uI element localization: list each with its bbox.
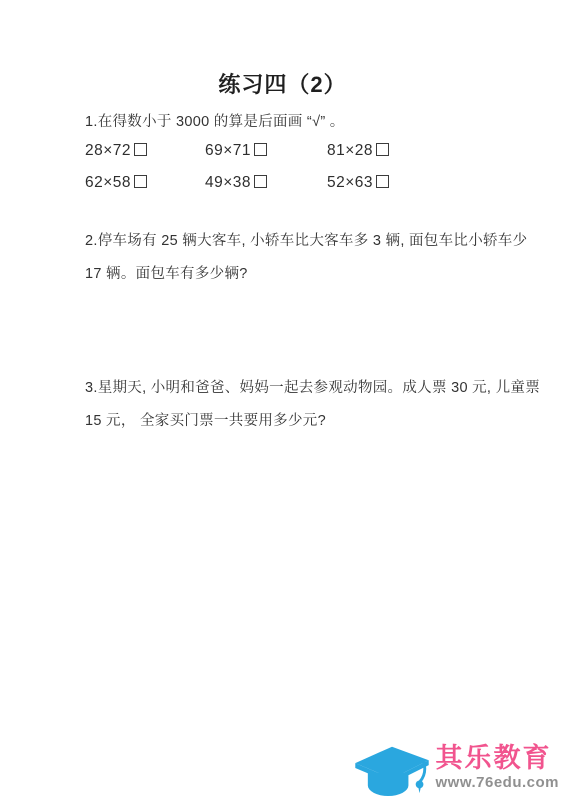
worksheet-page: 练习四（2） 1.在得数小于 3000 的算是后面画 “√” 。 28×72 6… bbox=[0, 0, 565, 800]
answer-box bbox=[376, 175, 389, 188]
problem-item: 52×63 bbox=[327, 174, 389, 192]
question-2-line2: 17 辆。面包车有多少辆? bbox=[85, 262, 248, 283]
problem-item: 69×71 bbox=[205, 142, 267, 160]
graduation-cap-icon bbox=[354, 738, 430, 796]
problem-item: 62×58 bbox=[85, 174, 147, 192]
problem-expression: 69×71 bbox=[205, 142, 251, 159]
logo-text-block: 其乐教育 www.76edu.com bbox=[436, 745, 559, 790]
logo-url: www.76edu.com bbox=[436, 775, 559, 790]
problem-expression: 52×63 bbox=[327, 174, 373, 191]
problem-expression: 81×28 bbox=[327, 142, 373, 159]
page-title: 练习四（2） bbox=[0, 68, 565, 99]
problem-expression: 28×72 bbox=[85, 142, 131, 159]
question-3-line2: 15 元， 全家买门票一共要用多少元? bbox=[85, 409, 326, 430]
problem-item: 49×38 bbox=[205, 174, 267, 192]
answer-box bbox=[254, 175, 267, 188]
answer-box bbox=[134, 175, 147, 188]
answer-box bbox=[134, 143, 147, 156]
site-logo: 其乐教育 www.76edu.com bbox=[354, 738, 559, 796]
problem-expression: 49×38 bbox=[205, 174, 251, 191]
logo-name: 其乐教育 bbox=[436, 745, 559, 772]
problem-item: 81×28 bbox=[327, 142, 389, 160]
question-2-line1: 2.停车场有 25 辆大客车, 小轿车比大客车多 3 辆, 面包车比小轿车少 bbox=[85, 229, 527, 250]
question-3-line1: 3.星期天, 小明和爸爸、妈妈一起去参观动物园。成人票 30 元, 儿童票 bbox=[85, 376, 540, 397]
problem-item: 28×72 bbox=[85, 142, 147, 160]
question-1-text: 1.在得数小于 3000 的算是后面画 “√” 。 bbox=[85, 110, 345, 131]
answer-box bbox=[254, 143, 267, 156]
problem-expression: 62×58 bbox=[85, 174, 131, 191]
answer-box bbox=[376, 143, 389, 156]
